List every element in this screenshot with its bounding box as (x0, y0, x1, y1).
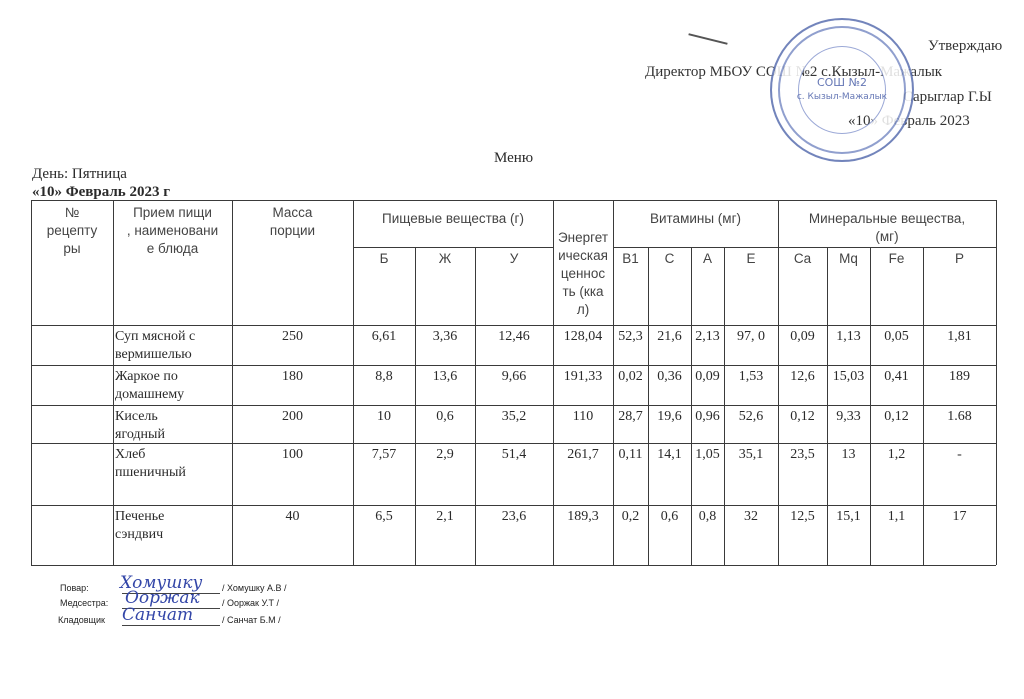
column-divider (996, 200, 997, 565)
header-energy-value: ценнос (553, 265, 613, 283)
cell-ca: 23,5 (778, 446, 827, 464)
header-energy-value: л) (553, 301, 613, 319)
cell-zh: 3,36 (415, 328, 475, 346)
cell-b: 8,8 (353, 368, 415, 386)
cell-fe: 0,41 (870, 368, 923, 386)
header-vitamins-group: Витамины (мг) (613, 210, 778, 228)
cell-b: 10 (353, 408, 415, 426)
header-sub-у: У (475, 250, 553, 268)
cell-c: 21,6 (648, 328, 691, 346)
cell-mass: 200 (232, 408, 353, 426)
handwritten-signature: Санчат (122, 605, 193, 625)
cell-fe: 1,1 (870, 508, 923, 526)
cell-u: 51,4 (475, 446, 553, 464)
header-dish-name: е блюда (113, 240, 232, 258)
cell-energy: 261,7 (553, 446, 613, 464)
header-sub-ca: Ca (778, 250, 827, 268)
cell-energy: 110 (553, 408, 613, 426)
header-portion-mass: порции (232, 222, 353, 240)
cell-energy: 191,33 (553, 368, 613, 386)
cell-b: 6,5 (353, 508, 415, 526)
header-energy-value: ическая (553, 247, 613, 265)
cell-e: 1,53 (724, 368, 778, 386)
cell-c: 0,6 (648, 508, 691, 526)
dish-name: Печенье (115, 508, 232, 526)
cell-p: 1,81 (923, 328, 996, 346)
cell-b: 7,57 (353, 446, 415, 464)
stamp-center-line1: СОШ №2 (772, 76, 912, 89)
cell-u: 23,6 (475, 508, 553, 526)
dish-name: Жаркое по (115, 368, 232, 386)
row-divider (31, 325, 996, 326)
header-sub-c: C (648, 250, 691, 268)
cell-c: 19,6 (648, 408, 691, 426)
cell-a: 0,96 (691, 408, 724, 426)
cell-a: 0,09 (691, 368, 724, 386)
signatory-name: / Ооржак У.Т / (222, 598, 279, 608)
cell-p: - (923, 446, 996, 464)
cell-b1: 0,2 (613, 508, 648, 526)
row-divider (31, 405, 996, 406)
header-sub-e: E (724, 250, 778, 268)
cell-ca: 12,5 (778, 508, 827, 526)
cell-b: 6,61 (353, 328, 415, 346)
dish-name: пшеничный (115, 464, 232, 482)
header-sub-mq: Mq (827, 250, 870, 268)
nutrients-sub-divider (353, 247, 553, 248)
cell-e: 97, 0 (724, 328, 778, 346)
row-divider (31, 565, 996, 566)
cell-fe: 0,05 (870, 328, 923, 346)
signatory-name: / Санчат Б.М / (222, 615, 281, 625)
document-title: Меню (494, 150, 533, 167)
header-energy-value: ть (кка (553, 283, 613, 301)
cell-mg: 13 (827, 446, 870, 464)
date-label: «10» Февраль 2023 г (32, 184, 170, 201)
table-top-border (31, 200, 996, 201)
header-sub-б: Б (353, 250, 415, 268)
cell-u: 9,66 (475, 368, 553, 386)
dish-name: сэндвич (115, 526, 232, 544)
cell-mass: 250 (232, 328, 353, 346)
signature-role: Кладовщик (58, 615, 105, 625)
cell-b1: 0,11 (613, 446, 648, 464)
signature-role: Медсестра: (60, 598, 108, 608)
cell-p: 1.68 (923, 408, 996, 426)
cell-u: 12,46 (475, 328, 553, 346)
dish-name: ягодный (115, 426, 232, 444)
cell-b1: 52,3 (613, 328, 648, 346)
header-sub-p: P (923, 250, 996, 268)
cell-c: 14,1 (648, 446, 691, 464)
cell-mg: 1,13 (827, 328, 870, 346)
cell-zh: 2,9 (415, 446, 475, 464)
header-minerals-group: (мг) (778, 228, 996, 246)
stamp-center-line2: с. Кызыл-Мажалык (772, 92, 912, 102)
cell-mass: 100 (232, 446, 353, 464)
approval-word: Утверждаю (928, 38, 1002, 55)
header-sub-a: A (691, 250, 724, 268)
cell-energy: 189,3 (553, 508, 613, 526)
header-sub-fe: Fe (870, 250, 923, 268)
cell-p: 189 (923, 368, 996, 386)
header-nutrients-group: Пищевые вещества (г) (353, 210, 553, 228)
cell-b1: 0,02 (613, 368, 648, 386)
header-portion-mass: Масса (232, 204, 353, 222)
cell-mass: 40 (232, 508, 353, 526)
cell-fe: 0,12 (870, 408, 923, 426)
header-minerals-group: Минеральные вещества, (778, 210, 996, 228)
cell-zh: 2,1 (415, 508, 475, 526)
day-label: День: Пятница (32, 166, 127, 183)
cell-a: 0,8 (691, 508, 724, 526)
row-divider (31, 365, 996, 366)
cell-e: 52,6 (724, 408, 778, 426)
dish-name: Хлеб (115, 446, 232, 464)
cell-c: 0,36 (648, 368, 691, 386)
header-recipe-no: № (31, 204, 113, 222)
signature-role: Повар: (60, 583, 89, 593)
cell-mg: 9,33 (827, 408, 870, 426)
cell-a: 1,05 (691, 446, 724, 464)
cell-u: 35,2 (475, 408, 553, 426)
vitamins-minerals-sub-divider (613, 247, 996, 248)
approval-director-name: Сарыглар Г.Ы (903, 89, 992, 106)
cell-mg: 15,03 (827, 368, 870, 386)
header-sub-b1: B1 (613, 250, 648, 268)
signatory-name: / Хомушку А.В / (222, 583, 286, 593)
header-sub-ж: Ж (415, 250, 475, 268)
cell-mg: 15,1 (827, 508, 870, 526)
dish-name: Кисель (115, 408, 232, 426)
dish-name: Суп мясной с (115, 328, 232, 346)
header-dish-name: Прием пищи (113, 204, 232, 222)
cell-ca: 12,6 (778, 368, 827, 386)
cell-fe: 1,2 (870, 446, 923, 464)
cell-zh: 13,6 (415, 368, 475, 386)
cell-ca: 0,09 (778, 328, 827, 346)
cell-energy: 128,04 (553, 328, 613, 346)
pen-mark (688, 33, 727, 45)
cell-mass: 180 (232, 368, 353, 386)
school-stamp: СОШ №2 с. Кызыл-Мажалык (770, 18, 914, 162)
row-divider (31, 505, 996, 506)
cell-b1: 28,7 (613, 408, 648, 426)
dish-name: вермишелью (115, 346, 232, 364)
cell-e: 32 (724, 508, 778, 526)
signature-line (122, 625, 220, 626)
cell-a: 2,13 (691, 328, 724, 346)
cell-e: 35,1 (724, 446, 778, 464)
cell-zh: 0,6 (415, 408, 475, 426)
dish-name: домашнему (115, 386, 232, 404)
header-recipe-no: рецепту (31, 222, 113, 240)
header-energy-value: Энергет (553, 229, 613, 247)
cell-p: 17 (923, 508, 996, 526)
header-recipe-no: ры (31, 240, 113, 258)
header-dish-name: , наименовани (113, 222, 232, 240)
cell-ca: 0,12 (778, 408, 827, 426)
